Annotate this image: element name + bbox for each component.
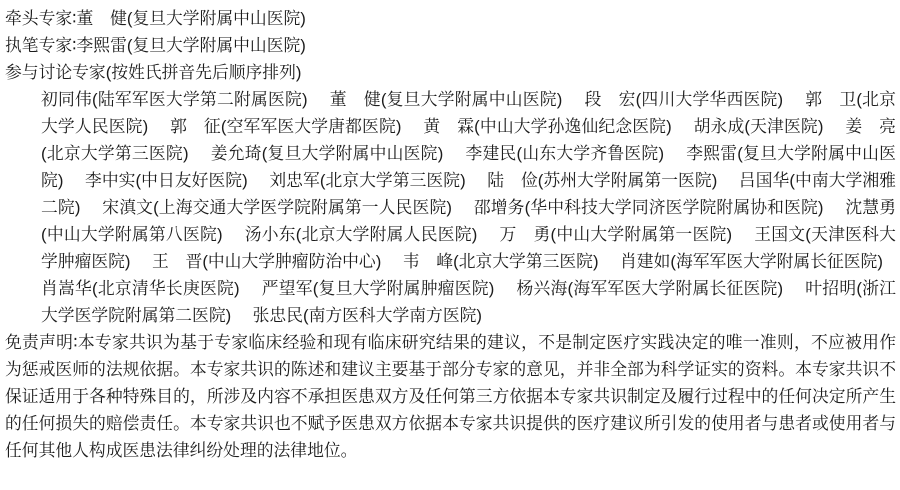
participant-affiliation: (复旦大学附属肿瘤医院) [313,279,495,298]
participant-name: 王国文 [754,225,805,244]
participant-entry: 初同伟(陆军军医大学第二附属医院) [41,90,308,109]
participant-name: 肖建如 [620,252,670,271]
participant-entry: 李建民(山东大学齐鲁医院) [465,144,664,163]
participant-name: 李中实 [85,171,136,190]
participant-name: 万 勇 [499,225,550,244]
participant-name: 杨兴海 [517,279,568,298]
participant-affiliation: (海军军医大学附属长征医院) [670,252,883,271]
participant-entry: 段 宏(四川大学华西医院) [585,90,784,109]
participant-name: 汤小东 [245,225,296,244]
participant-name: 宋滇文 [102,198,153,217]
participant-name: 张忠民 [253,306,303,325]
participant-name: 李建民 [465,144,516,163]
participant-entry: 宋滇文(上海交通大学医学院附属第一人民医院) [102,198,452,217]
disclaimer-text: 本专家共识为基于专家临床经验和现有临床研究结果的建议，不是制定医疗实践决定的唯一… [5,333,896,460]
participant-affiliation: (陆军军医大学第二附属医院) [92,90,308,109]
participant-name: 吕国华 [739,171,790,190]
participant-entry: 邵增务(华中科技大学同济医学院附属协和医院) [474,198,824,217]
lead-expert-line: 牵头专家∶董 健(复旦大学附属中山医院) [5,5,896,32]
participant-entry: 胡永成(天津医院) [694,117,824,136]
participant-name: 肖嵩华 [41,279,92,298]
participant-affiliation: (复旦大学附属中山医院) [262,144,444,163]
participant-entry: 杨兴海(海军军医大学附属长征医院) [517,279,784,298]
participants-heading: 参与讨论专家(按姓氏拼音先后顺序排列) [5,59,896,86]
participant-affiliation: (山东大学齐鲁医院) [517,144,665,163]
participant-entry: 李中实(中日友好医院) [85,171,248,190]
participant-affiliation: (华中科技大学同济医学院附属协和医院) [525,198,824,217]
participant-affiliation: (四川大学华西医院) [636,90,784,109]
lead-expert-name: 董 健 [77,9,127,28]
participant-affiliation: (中山大学附属第八医院) [41,225,223,244]
writing-expert-label: 执笔专家∶ [5,36,77,55]
participant-affiliation: (北京大学第三医院) [453,252,598,271]
participant-entry: 肖建如(海军军医大学附属长征医院) [620,252,883,271]
participant-entry: 刘忠军(北京大学第三医院) [269,171,465,190]
participant-affiliation: (北京大学第三医院) [320,171,466,190]
participant-affiliation: (北京大学附属人民医院) [296,225,478,244]
participant-entry: 张忠民(南方医科大学南方医院) [253,306,482,325]
participant-affiliation: (天津医院) [744,117,823,136]
disclaimer-label: 免责声明∶ [5,333,78,352]
participant-name: 姜允琦 [211,144,262,163]
participant-name: 韦 峰 [403,252,453,271]
participant-affiliation: (苏州大学附属第一医院) [538,171,718,190]
participant-name: 王 晋 [152,252,202,271]
participant-affiliation: (中山大学附属第一医院) [551,225,733,244]
participant-name: 董 健 [330,90,381,109]
participant-name: 段 宏 [585,90,636,109]
participant-affiliation: (中山大学肿瘤防治中心) [202,252,381,271]
lead-expert-label: 牵头专家∶ [5,9,77,28]
participant-affiliation: (中山大学孙逸仙纪念医院) [474,117,672,136]
participants-list: 初同伟(陆军军医大学第二附属医院) 董 健(复旦大学附属中山医院) 段 宏(四川… [5,86,896,329]
document-page: 牵头专家∶董 健(复旦大学附属中山医院) 执笔专家∶李熙雷(复旦大学附属中山医院… [0,0,900,490]
participant-name: 胡永成 [694,117,745,136]
participant-affiliation: (北京清华长庚医院) [92,279,240,298]
writing-expert-line: 执笔专家∶李熙雷(复旦大学附属中山医院) [5,32,896,59]
participant-entry: 董 健(复旦大学附属中山医院) [330,90,563,109]
participant-affiliation: (南方医科大学南方医院) [303,306,482,325]
participant-name: 李熙雷 [686,144,737,163]
participant-entry: 王 晋(中山大学肿瘤防治中心) [152,252,381,271]
participant-entry: 韦 峰(北京大学第三医院) [403,252,599,271]
participant-name: 郭 卫 [805,90,856,109]
participant-name: 陆 俭 [487,171,538,190]
participant-name: 叶招明 [805,279,856,298]
writing-expert-affiliation: (复旦大学附属中山医院) [127,36,306,55]
participant-entry: 姜允琦(复旦大学附属中山医院) [211,144,444,163]
participant-entry: 黄 霖(中山大学孙逸仙纪念医院) [423,117,671,136]
participant-entry: 万 勇(中山大学附属第一医院) [499,225,732,244]
participant-name: 初同伟 [41,90,92,109]
participant-name: 郭 征 [170,117,221,136]
participant-name: 严望军 [262,279,313,298]
participant-affiliation: (中日友好医院) [136,171,248,190]
disclaimer-paragraph: 免责声明∶本专家共识为基于专家临床经验和现有临床研究结果的建议，不是制定医疗实践… [5,329,896,464]
participant-affiliation: (海军军医大学附属长征医院) [568,279,784,298]
participant-entry: 肖嵩华(北京清华长庚医院) [41,279,240,298]
participant-name: 沈慧勇 [845,198,896,217]
lead-expert-affiliation: (复旦大学附属中山医院) [127,9,306,28]
participant-name: 刘忠军 [269,171,320,190]
writing-expert-name: 李熙雷 [77,36,127,55]
participant-entry: 郭 征(空军军医大学唐都医院) [170,117,401,136]
participant-name: 姜 亮 [845,117,896,136]
participant-name: 黄 霖 [423,117,474,136]
participant-affiliation: (空军军医大学唐都医院) [221,117,402,136]
participant-affiliation: (复旦大学附属中山医院) [381,90,563,109]
participant-name: 邵增务 [474,198,525,217]
participant-affiliation: (北京大学第三医院) [41,144,189,163]
participant-entry: 汤小东(北京大学附属人民医院) [245,225,478,244]
participant-affiliation: (上海交通大学医学院附属第一人民医院) [153,198,452,217]
participant-entry: 严望军(复旦大学附属肿瘤医院) [262,279,495,298]
participant-entry: 陆 俭(苏州大学附属第一医院) [487,171,717,190]
